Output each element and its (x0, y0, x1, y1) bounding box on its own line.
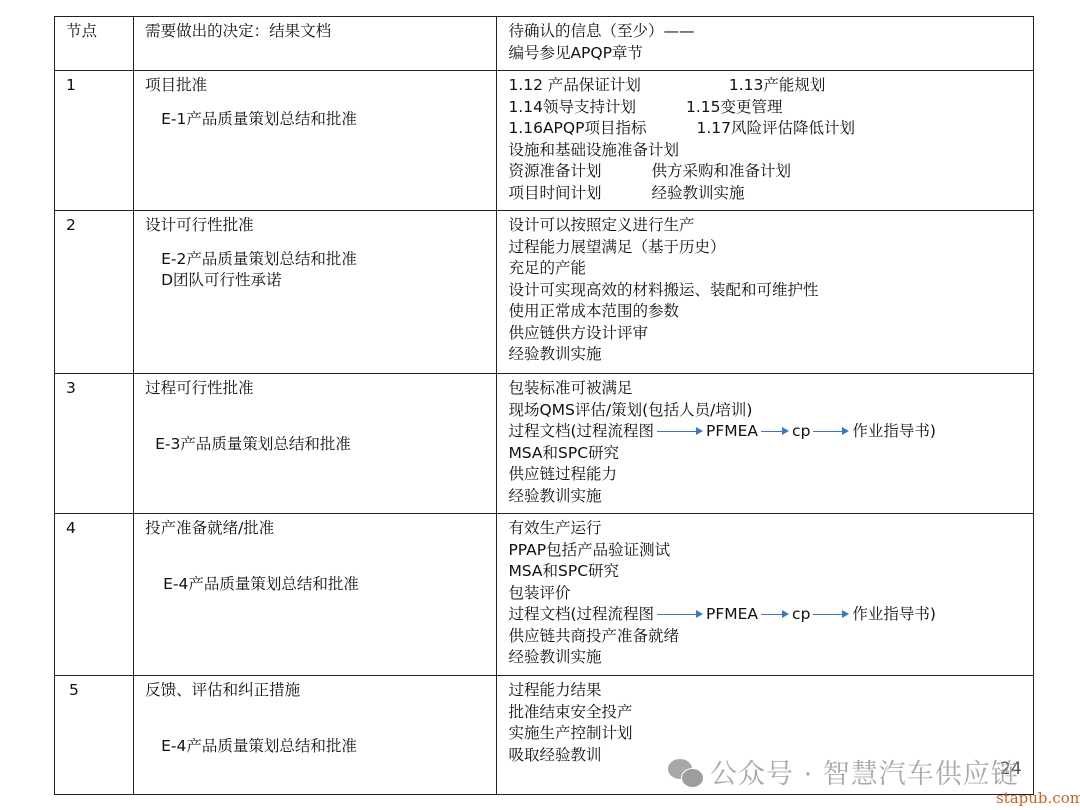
decision-title: 投产准备就绪/批准 (145, 518, 496, 540)
arrow-right-icon (657, 427, 703, 437)
node-cell: 4 (55, 514, 134, 676)
node-cell: 2 (55, 211, 134, 374)
decision-doc: E-4产品质量策划总结和批准 (145, 736, 496, 758)
header-info-line2: 编号参见APQP章节 (508, 43, 1033, 65)
info-cell: 设计可以按照定义进行生产 过程能力展望满足（基于历史） 充足的产能 设计可实现高… (497, 211, 1034, 374)
info-line: 1.14领导支持计划1.15变更管理 (508, 97, 1033, 119)
flow-step: PFMEA (706, 605, 758, 623)
info-item: 供方采购和准备计划 (651, 162, 791, 180)
info-line: 批准结束安全投产 (508, 702, 1033, 724)
wechat-icon (668, 759, 704, 787)
decision-cell: 项目批准 E-1产品质量策划总结和批准 (134, 71, 497, 211)
flow-suffix: 作业指导书) (852, 605, 936, 623)
info-line: 经验教训实施 (508, 344, 1033, 366)
node-number: 2 (66, 216, 76, 234)
info-line: 供应链供方设计评审 (508, 323, 1033, 345)
header-info: 待确认的信息（至少）—— 编号参见APQP章节 (497, 17, 1034, 71)
node-cell: 5 (55, 676, 134, 795)
header-row: 节点 需要做出的决定：结果文档 待确认的信息（至少）—— 编号参见APQP章节 (55, 17, 1034, 71)
info-line: 设计可以按照定义进行生产 (508, 215, 1033, 237)
process-flow-line: 过程文档(过程流程图PFMEAcp作业指导书) (508, 604, 1033, 626)
header-node: 节点 (55, 17, 134, 71)
info-line: 项目时间计划经验教训实施 (508, 183, 1033, 205)
flow-prefix: 过程文档(过程流程图 (508, 605, 654, 623)
node-cell: 1 (55, 71, 134, 211)
decision-cell: 反馈、评估和纠正措施 E-4产品质量策划总结和批准 (134, 676, 497, 795)
watermark-text: 公众号 · 智慧汽车供应链 (710, 759, 1019, 790)
arrow-right-icon (813, 610, 849, 620)
apqp-decision-table: 节点 需要做出的决定：结果文档 待确认的信息（至少）—— 编号参见APQP章节 … (54, 16, 1034, 795)
info-line: 经验教训实施 (508, 486, 1033, 508)
info-line: 资源准备计划供方采购和准备计划 (508, 161, 1033, 183)
decision-doc: E-4产品质量策划总结和批准 (145, 574, 496, 596)
table-row: 3 过程可行性批准 E-3产品质量策划总结和批准 包装标准可被满足 现场QMS评… (55, 374, 1034, 514)
info-line: 包装标准可被满足 (508, 378, 1033, 400)
flow-step: PFMEA (706, 422, 758, 440)
decision-doc: E-2产品质量策划总结和批准 (145, 249, 496, 271)
node-number: 4 (66, 519, 76, 537)
info-item: 资源准备计划 (508, 162, 601, 180)
decision-title: 反馈、评估和纠正措施 (145, 680, 496, 702)
header-decision-label: 需要做出的决定：结果文档 (145, 22, 331, 40)
flow-step: cp (792, 422, 810, 440)
info-line: 过程能力展望满足（基于历史） (508, 237, 1033, 259)
info-line: MSA和SPC研究 (508, 443, 1033, 465)
info-line: 供应链过程能力 (508, 464, 1033, 486)
table-row: 4 投产准备就绪/批准 E-4产品质量策划总结和批准 有效生产运行 PPAP包括… (55, 514, 1034, 676)
arrow-right-icon (761, 610, 789, 620)
info-line: 设施和基础设施准备计划 (508, 140, 1033, 162)
arrow-right-icon (657, 610, 703, 620)
info-line: 1.12 产品保证计划1.13产能规划 (508, 75, 1033, 97)
info-line: 过程能力结果 (508, 680, 1033, 702)
info-line: 1.16APQP项目指标1.17风险评估降低计划 (508, 118, 1033, 140)
flow-suffix: 作业指导书) (852, 422, 936, 440)
decision-title: 设计可行性批准 (145, 215, 496, 237)
info-cell: 1.12 产品保证计划1.13产能规划 1.14领导支持计划1.15变更管理 1… (497, 71, 1034, 211)
footer-site: stapub.com (996, 789, 1080, 807)
info-item: 项目时间计划 (508, 184, 601, 202)
process-flow-line: 过程文档(过程流程图PFMEAcp作业指导书) (508, 421, 1033, 443)
decision-doc: D团队可行性承诺 (145, 270, 496, 292)
info-item: 1.15变更管理 (686, 98, 783, 116)
header-info-line1: 待确认的信息（至少）—— (508, 21, 1033, 43)
info-line: 充足的产能 (508, 258, 1033, 280)
info-item: 1.12 产品保证计划 (508, 76, 640, 94)
arrow-right-icon (813, 427, 849, 437)
flow-prefix: 过程文档(过程流程图 (508, 422, 654, 440)
table-row: 2 设计可行性批准 E-2产品质量策划总结和批准 D团队可行性承诺 设计可以按照… (55, 211, 1034, 374)
info-line: PPAP包括产品验证测试 (508, 540, 1033, 562)
info-item: 经验教训实施 (651, 184, 744, 202)
decision-doc: E-1产品质量策划总结和批准 (145, 109, 496, 131)
decision-doc: E-3产品质量策划总结和批准 (145, 434, 496, 456)
info-line: 实施生产控制计划 (508, 723, 1033, 745)
info-line: 有效生产运行 (508, 518, 1033, 540)
header-decision: 需要做出的决定：结果文档 (134, 17, 497, 71)
info-line: 包装评价 (508, 583, 1033, 605)
info-item: 1.14领导支持计划 (508, 98, 636, 116)
header-node-label: 节点 (66, 22, 97, 40)
decision-title: 过程可行性批准 (145, 378, 496, 400)
decision-cell: 过程可行性批准 E-3产品质量策划总结和批准 (134, 374, 497, 514)
info-item: 1.16APQP项目指标 (508, 119, 646, 137)
arrow-right-icon (761, 427, 789, 437)
info-item: 设施和基础设施准备计划 (508, 141, 679, 159)
info-item: 1.13产能规划 (729, 76, 826, 94)
table-row: 1 项目批准 E-1产品质量策划总结和批准 1.12 产品保证计划1.13产能规… (55, 71, 1034, 211)
decision-cell: 设计可行性批准 E-2产品质量策划总结和批准 D团队可行性承诺 (134, 211, 497, 374)
info-line: MSA和SPC研究 (508, 561, 1033, 583)
info-item: 1.17风险评估降低计划 (696, 119, 855, 137)
node-number: 5 (69, 681, 79, 699)
info-cell: 包装标准可被满足 现场QMS评估/策划(包括人员/培训) 过程文档(过程流程图P… (497, 374, 1034, 514)
info-line: 供应链共商投产准备就绪 (508, 626, 1033, 648)
info-cell: 有效生产运行 PPAP包括产品验证测试 MSA和SPC研究 包装评价 过程文档(… (497, 514, 1034, 676)
info-line: 现场QMS评估/策划(包括人员/培训) (508, 400, 1033, 422)
decision-title: 项目批准 (145, 75, 496, 97)
info-line: 使用正常成本范围的参数 (508, 301, 1033, 323)
node-cell: 3 (55, 374, 134, 514)
decision-cell: 投产准备就绪/批准 E-4产品质量策划总结和批准 (134, 514, 497, 676)
info-line: 经验教训实施 (508, 647, 1033, 669)
node-number: 3 (66, 379, 76, 397)
flow-step: cp (792, 605, 810, 623)
node-number: 1 (66, 76, 76, 94)
info-line: 设计可实现高效的材料搬运、装配和可维护性 (508, 280, 1033, 302)
watermark: 公众号 · 智慧汽车供应链 (668, 752, 1019, 791)
